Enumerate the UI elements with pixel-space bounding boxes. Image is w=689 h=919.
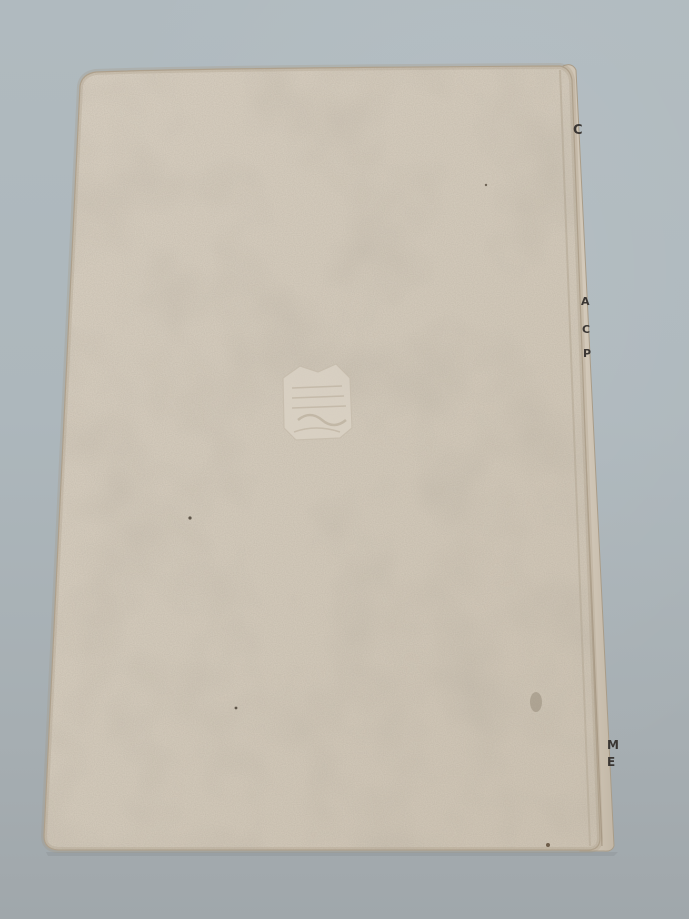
spine-letter: P [583,348,591,359]
book-back-cover [0,0,689,919]
spine-letter: M [607,739,619,751]
spine-letter: E [607,756,615,768]
spine-letter: C [582,324,590,335]
spine-letter: C [573,124,583,137]
publisher-emblem-icon [283,364,352,440]
spine-letter: A [581,296,590,307]
